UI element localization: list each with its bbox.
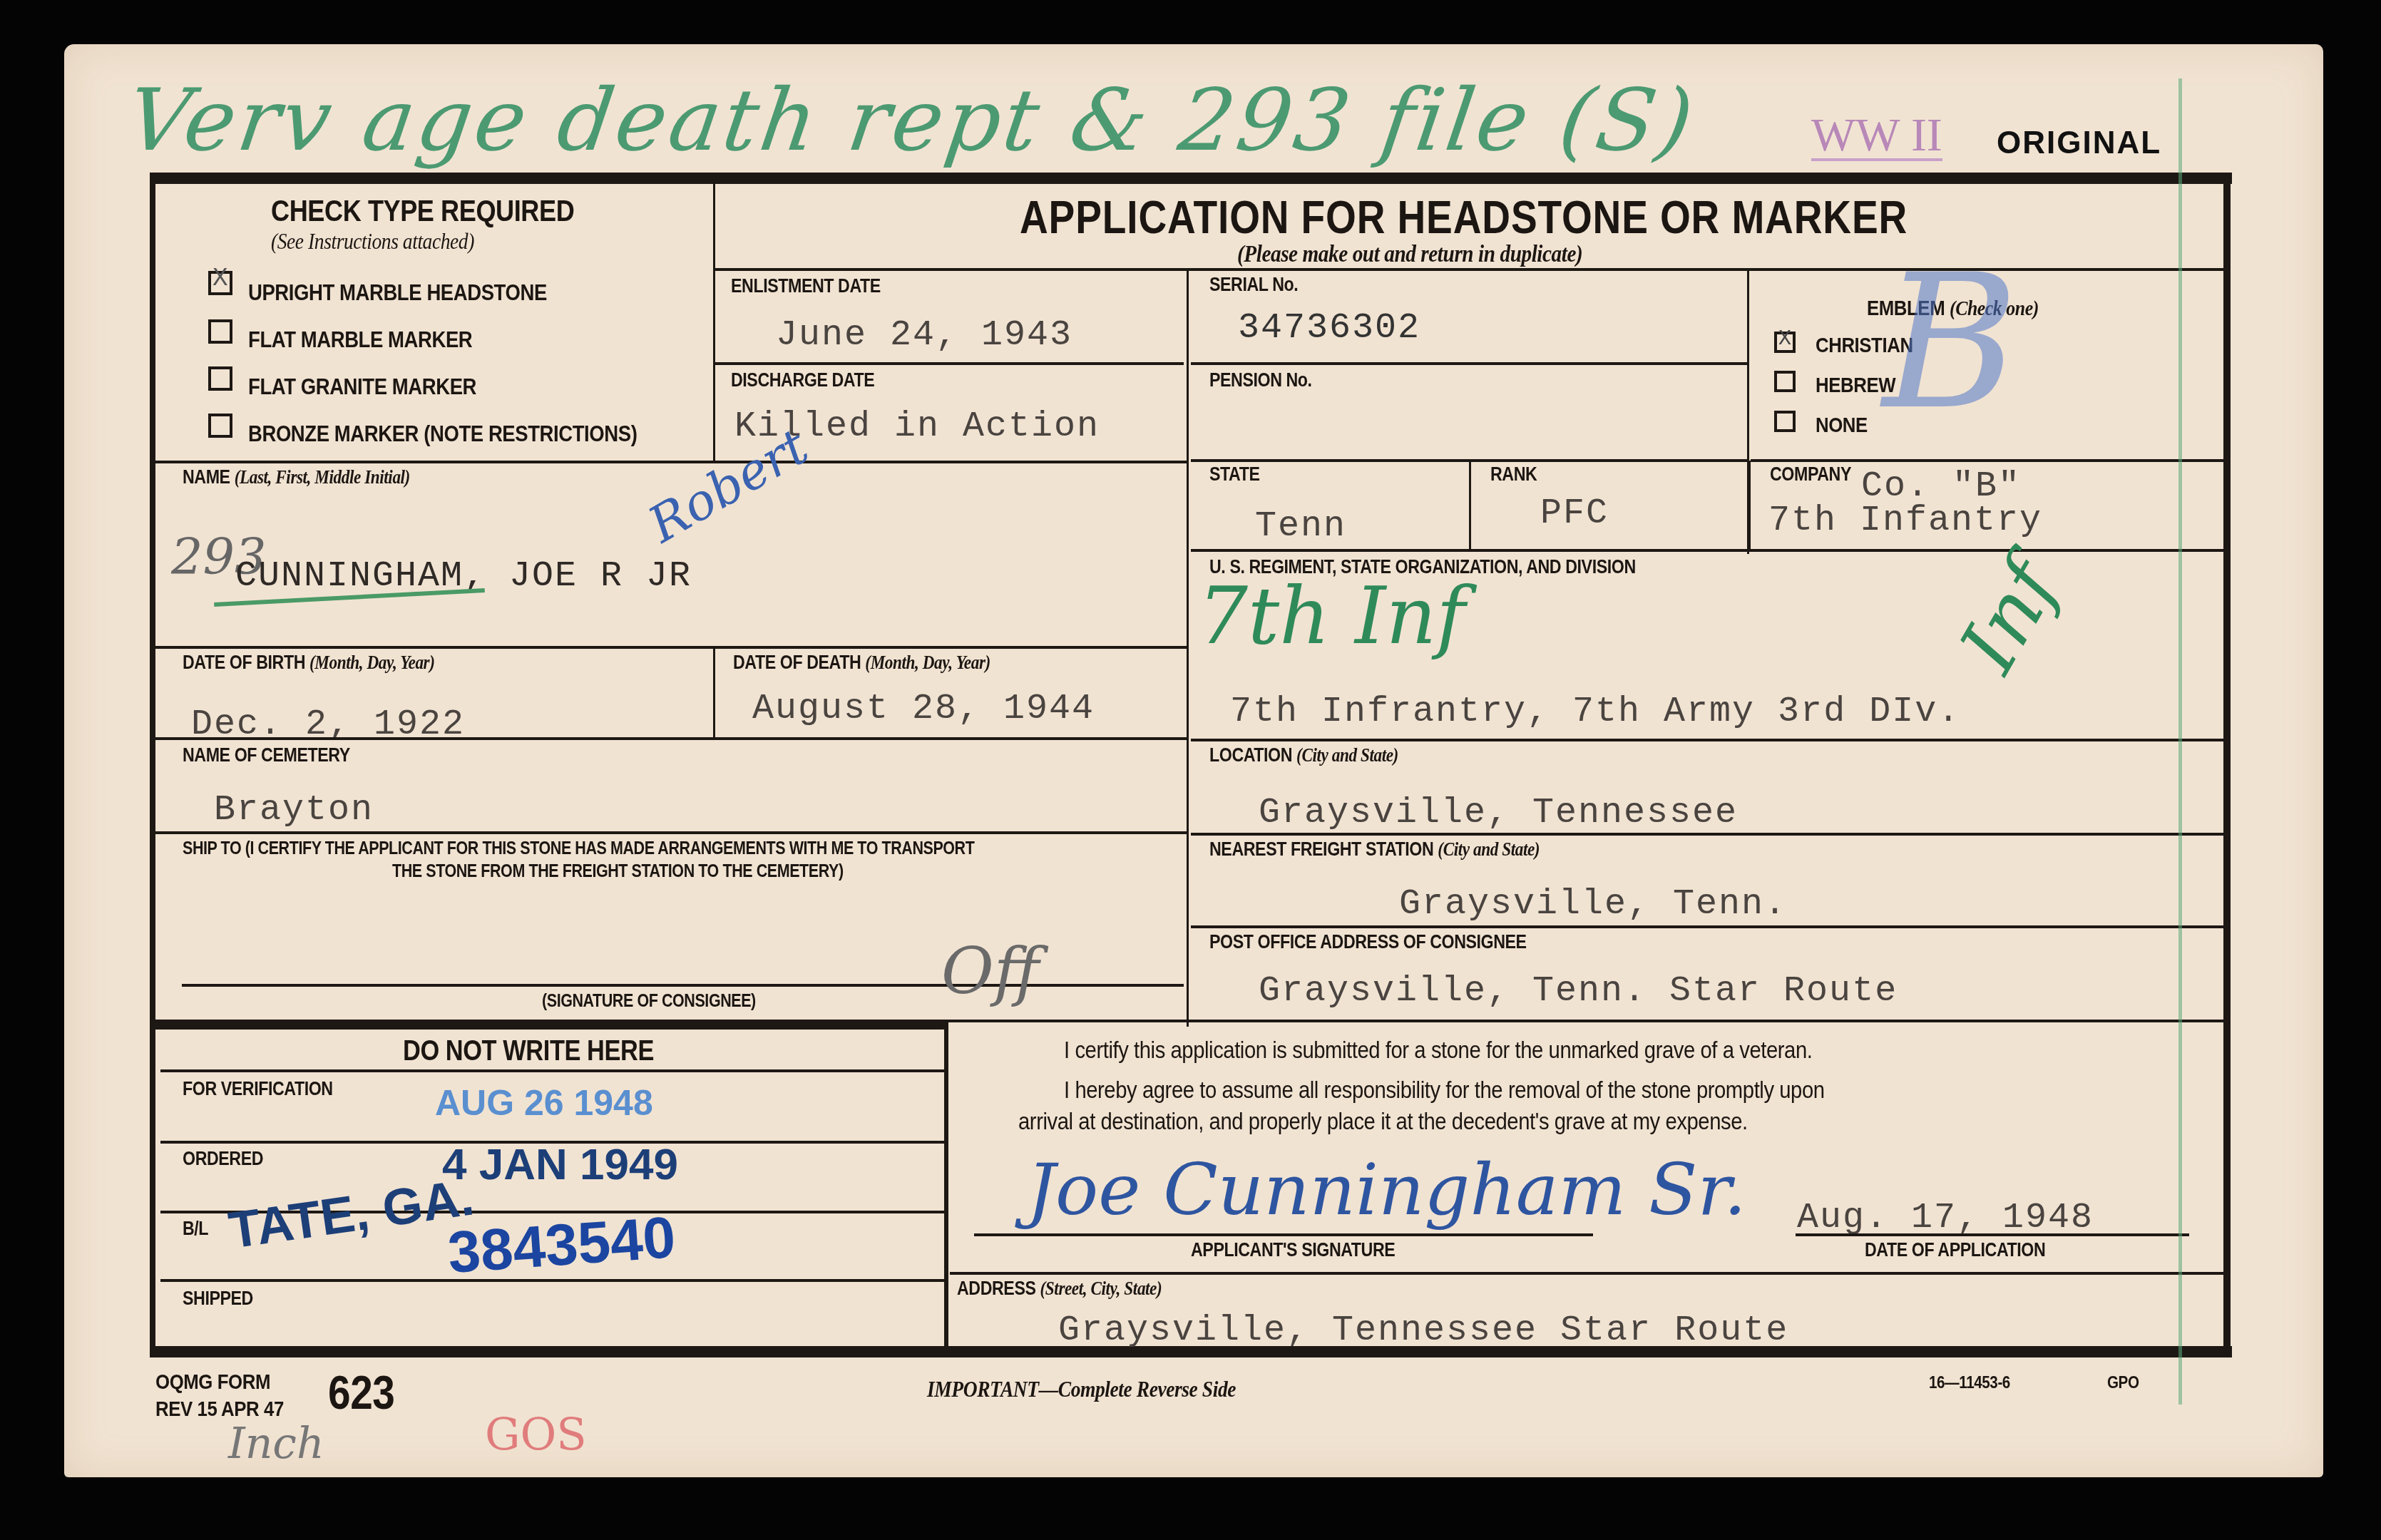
red-pencil-note: GOS [485,1408,587,1460]
birth-death-divider [713,649,715,738]
ship-to-top-rule [155,831,1187,834]
state-value[interactable]: Tenn [1255,506,1346,547]
freight-station-value[interactable]: Graysville, Tenn. [1399,884,1787,925]
ship-to-label-line2: THE STONE FROM THE FREIGHT STATION TO TH… [392,861,844,882]
enlistment-date-value[interactable]: June 24, 1943 [776,315,1072,356]
applicant-signature-label: APPLICANT'S SIGNATURE [1191,1239,1395,1261]
printer-mark: GPO [2107,1373,2139,1393]
checkbox-bronze-marker[interactable] [208,414,232,438]
verification-stamp: AUG 26 1948 [435,1082,653,1124]
address-label: ADDRESS (Street, City, State) [957,1278,1162,1300]
location-label: LOCATION (City and State) [1209,744,1398,766]
shipped-label: SHIPPED [183,1288,253,1310]
company-label: COMPANY [1770,463,1851,486]
handwritten-regiment-note: 7th Inf [1198,570,1465,662]
state-label: STATE [1209,463,1260,486]
company-value-line2[interactable]: 7th Infantry [1768,500,2042,541]
freight-top-rule [1191,833,2223,836]
checkbox-flat-granite-marker[interactable] [208,366,232,391]
handwritten-top-annotation: Verv age death rept & 293 file (S) [121,71,1701,170]
company-top-rule [1751,459,2223,462]
location-top-rule [1191,739,2223,741]
form-top-border [150,173,2232,184]
certification-line2: I hereby agree to assume all responsibil… [1064,1077,1825,1104]
original-copy-label: ORIGINAL [1997,125,2161,161]
ship-to-label: SHIP TO (I CERTIFY THE APPLICANT FOR THI… [183,838,974,859]
enlistment-rule [715,362,1184,365]
office-box-top [155,1020,948,1030]
location-value[interactable]: Graysville, Tennessee [1259,793,1738,833]
option-label-flat-granite-marker: FLAT GRANITE MARKER [248,374,476,400]
checkbox-flat-marble-marker[interactable] [208,319,232,344]
address-top-rule [950,1272,2223,1275]
date-of-application-rule [1796,1233,2189,1236]
form-left-border [150,173,155,1356]
form-right-border [2223,178,2231,1355]
cemetery-value[interactable]: Brayton [214,790,374,831]
serial-rule [1191,362,1747,365]
form-subtitle: (Please make out and return in duplicate… [1237,241,1582,268]
form-id-line2: REV 15 APR 47 [155,1397,284,1422]
ww-ii-stamp: WW II [1811,113,1942,161]
dates-top-rule [155,646,1187,649]
certification-line3: arrival at destination, and properly pla… [1018,1108,1748,1136]
certification-line1: I certify this application is submitted … [1064,1037,1812,1064]
office-use-title: DO NOT WRITE HERE [403,1035,654,1067]
date-of-application-value[interactable]: Aug. 17, 1948 [1797,1198,2094,1238]
serial-no-label: SERIAL No. [1209,274,1298,296]
option-label-bronze-marker: BRONZE MARKER (NOTE RESTRICTIONS) [248,421,637,447]
check-type-divider [713,178,715,462]
print-code: 16—11453-6 [1929,1373,2010,1393]
date-of-birth-label: DATE OF BIRTH (Month, Day, Year) [183,652,434,674]
ordered-label: ORDERED [183,1148,263,1170]
verification-rule [160,1069,945,1072]
handwritten-emblem-b: B [1883,235,2019,451]
checkbox-emblem-christian[interactable]: X [1774,332,1796,353]
option-label-upright-marble-headstone: UPRIGHT MARBLE HEADSTONE [248,279,547,306]
regiment-top-rule [1191,549,2223,552]
discharge-date-label: DISCHARGE DATE [731,369,874,391]
x-mark-icon: X [1778,327,1791,351]
serial-divider [1187,271,1189,1027]
consignee-signature-caption: (SIGNATURE OF CONSIGNEE) [542,991,756,1012]
option-label-flat-marble-marker: FLAT MARBLE MARKER [248,327,472,353]
date-of-application-label: DATE OF APPLICATION [1865,1239,2045,1261]
date-of-death-value[interactable]: August 28, 1944 [752,689,1095,729]
cemetery-label: NAME OF CEMETERY [183,744,350,766]
for-verification-label: FOR VERIFICATION [183,1078,333,1100]
bl-label: B/L [183,1218,208,1240]
consignee-address-label: POST OFFICE ADDRESS OF CONSIGNEE [1209,931,1527,953]
pension-no-label: PENSION No. [1209,369,1312,391]
rank-company-divider [1748,461,1751,549]
date-of-death-label: DATE OF DEATH (Month, Day, Year) [733,652,990,674]
regiment-value[interactable]: 7th Infrantry, 7th Army 3rd DIv. [1230,692,1960,732]
check-type-title: CHECK TYPE REQUIRED [271,194,574,228]
serial-no-value[interactable]: 34736302 [1238,308,1420,349]
checkbox-upright-marble-headstone[interactable]: X [208,271,232,295]
pencil-note: Inch [228,1419,324,1469]
rank-label: RANK [1490,463,1537,486]
state-rank-divider [1469,461,1471,549]
consignee-signature: Off [941,934,1040,1009]
shipped-rule [160,1279,945,1282]
important-notice: IMPORTANT—Complete Reverse Side [927,1376,1236,1402]
green-verification-line [2178,78,2182,1405]
cemetery-top-rule [155,737,1187,740]
freight-station-label: NEAREST FREIGHT STATION (City and State) [1209,838,1540,861]
ordered-date-stamp: 4 JAN 1949 [442,1139,678,1190]
emblem-label-none: NONE [1816,414,1868,438]
address-value[interactable]: Graysville, Tennessee Star Route [1058,1310,1788,1351]
form-title: APPLICATION FOR HEADSTONE OR MARKER [1020,191,1908,244]
form-id-line1: OQMG FORM [155,1370,270,1395]
form-number: 623 [328,1365,394,1420]
x-mark-icon: X [213,264,228,293]
checkbox-emblem-hebrew[interactable] [1774,371,1796,392]
consignee-address-value[interactable]: Graysville, Tenn. Star Route [1259,971,1898,1012]
rank-value[interactable]: PFC [1540,493,1609,534]
enlistment-date-label: ENLISTMENT DATE [731,275,881,297]
cert-top-rule [948,1020,2223,1022]
name-top-rule [155,461,1187,463]
check-type-subtitle: (See Instructions attached) [271,228,474,255]
applicant-signature[interactable]: Joe Cunningham Sr. [1027,1148,1746,1231]
checkbox-emblem-none[interactable] [1774,411,1796,432]
consignee-top-rule [1191,925,2223,928]
signature-rule [974,1233,1593,1236]
name-label: NAME (Last, First, Middle Initial) [183,466,410,488]
